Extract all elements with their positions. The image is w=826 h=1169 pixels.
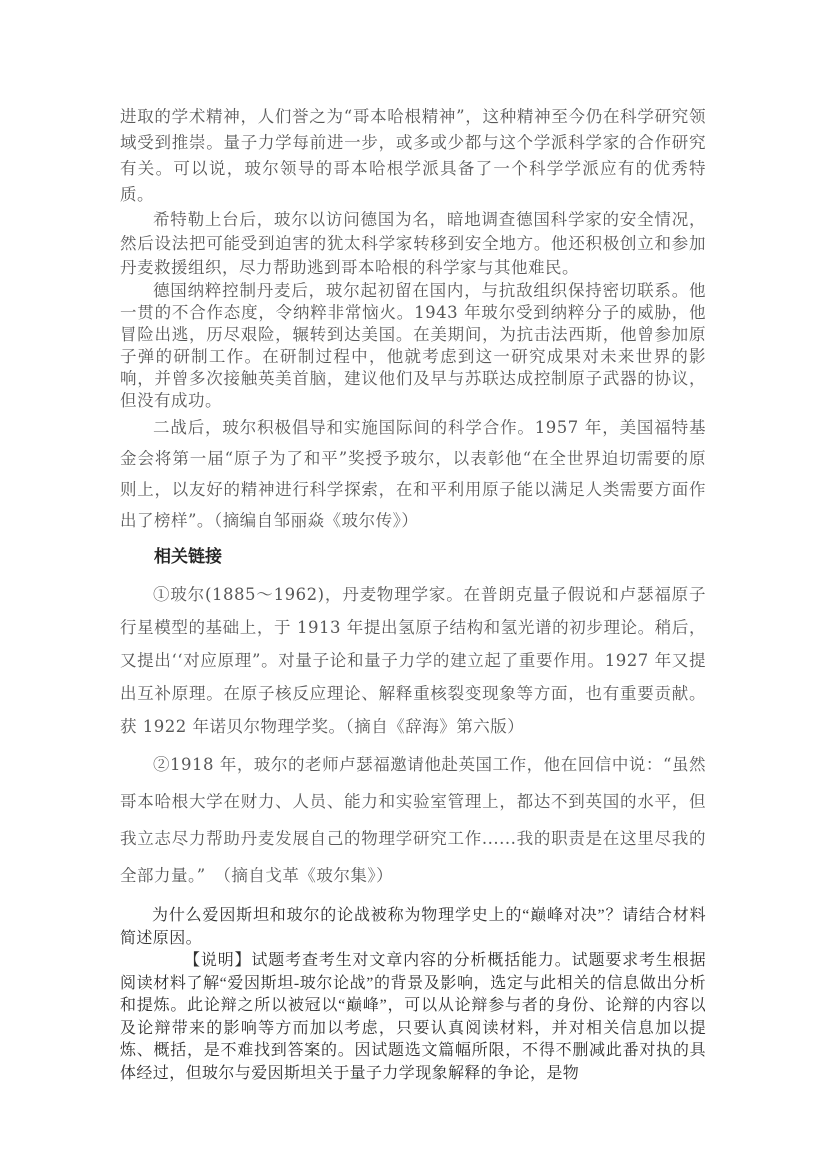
text-column: 进取的学术精神，人们誉之为“哥本哈根精神”，这种精神至今仍在科学研究领域受到推崇… <box>120 104 706 1085</box>
passage-paragraph-postwar: 二战后，玻尔积极倡导和实施国际间的科学合作。1957 年，美国福特基金会将第一届… <box>120 412 706 536</box>
passage-paragraph-nazi-occupation: 德国纳粹控制丹麦后，玻尔起初留在国内，与抗敌组织保持密切联系。他一贯的不合作态度… <box>120 280 706 412</box>
question-text: 为什么爱因斯坦和玻尔的论战被称为物理学史上的“巅峰对决”？请结合材料简述原因。 <box>120 904 706 950</box>
document-page: 进取的学术精神，人们誉之为“哥本哈根精神”，这种精神至今仍在科学研究领域受到推崇… <box>0 0 826 1169</box>
related-links-heading: 相关链接 <box>154 544 706 570</box>
explanation-text: 【说明】试题考查考生对文章内容的分析概括能力。试题要求考生根据阅读材料了解“爱因… <box>120 950 706 1085</box>
related-link-item-1: ①玻尔(1885～1962)，丹麦物理学家。在普朗克量子假说和卢瑟福原子行星模型… <box>120 578 706 743</box>
passage-paragraph-continuation: 进取的学术精神，人们誉之为“哥本哈根精神”，这种精神至今仍在科学研究领域受到推崇… <box>120 104 706 208</box>
related-link-item-2: ②1918 年，玻尔的老师卢瑟福邀请他赴英国工作，他在回信中说：“虽然哥本哈根大… <box>120 746 706 894</box>
passage-paragraph-hitler: 希特勒上台后，玻尔以访问德国为名，暗地调查德国科学家的安全情况，然后设法把可能受… <box>120 208 706 280</box>
